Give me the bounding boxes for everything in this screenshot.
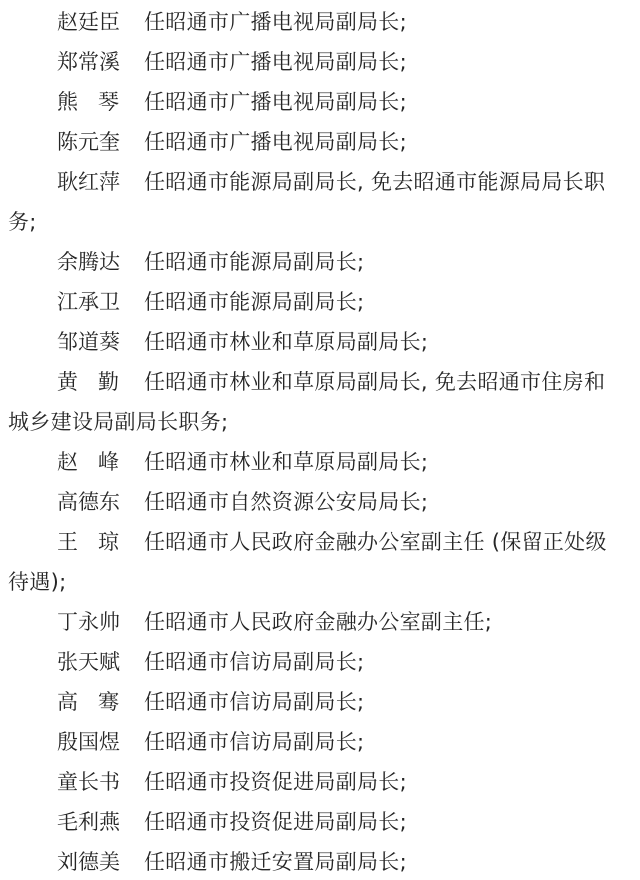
person-name: 郑常溪 (57, 42, 119, 82)
appointment-entry: 毛利燕任昭通市投资促进局副局长; (8, 802, 632, 842)
appointment-text: 任昭通市投资促进局副局长; (144, 770, 407, 794)
appointment-text: 任昭通市广播电视局副局长; (144, 130, 407, 154)
appointment-text: 任昭通市林业和草原局副局长, 免去昭通市住房和 (144, 370, 605, 394)
appointment-text: 任昭通市能源局副局长; (144, 290, 364, 314)
appointment-line: 熊 琴任昭通市广播电视局副局长; (8, 82, 632, 122)
document-page: 赵廷臣任昭通市广播电视局副局长;郑常溪任昭通市广播电视局副局长;熊 琴任昭通市广… (0, 0, 640, 880)
appointment-entry: 高德东任昭通市自然资源公安局局长; (8, 482, 632, 522)
appointment-text: 任昭通市广播电视局副局长; (144, 90, 407, 114)
appointment-text: 任昭通市信访局副局长; (144, 730, 364, 754)
appointment-text: 任昭通市广播电视局副局长; (144, 10, 407, 34)
appointment-line: 殷国煜任昭通市信访局副局长; (8, 722, 632, 762)
appointment-entry: 邹道葵任昭通市林业和草原局副局长; (8, 322, 632, 362)
person-name: 江承卫 (57, 282, 119, 322)
appointment-line: 张天赋任昭通市信访局副局长; (8, 642, 632, 682)
person-name: 殷国煜 (57, 722, 119, 762)
appointment-text: 任昭通市信访局副局长; (144, 650, 364, 674)
appointment-text-continuation: 待遇); (8, 562, 632, 602)
person-name: 赵廷臣 (57, 2, 119, 42)
person-name: 陈元奎 (57, 122, 119, 162)
person-name: 邹道葵 (57, 322, 119, 362)
person-name: 童长书 (57, 762, 119, 802)
appointment-text: 任昭通市广播电视局副局长; (144, 50, 407, 74)
appointment-text: 任昭通市林业和草原局副局长; (144, 330, 428, 354)
appointment-line: 赵 峰任昭通市林业和草原局副局长; (8, 442, 632, 482)
appointment-line: 童长书任昭通市投资促进局副局长; (8, 762, 632, 802)
appointment-line: 王 琼任昭通市人民政府金融办公室副主任 (保留正处级 (8, 522, 632, 562)
person-name: 毛利燕 (57, 802, 119, 842)
appointment-entry: 陈元奎任昭通市广播电视局副局长; (8, 122, 632, 162)
appointment-line: 江承卫任昭通市能源局副局长; (8, 282, 632, 322)
person-name: 耿红萍 (57, 162, 119, 202)
appointment-text: 任昭通市搬迁安置局副局长; (144, 850, 407, 874)
appointment-line: 郑常溪任昭通市广播电视局副局长; (8, 42, 632, 82)
appointment-entry: 熊 琴任昭通市广播电视局副局长; (8, 82, 632, 122)
person-name: 熊 琴 (57, 82, 119, 122)
appointment-entry: 高 骞任昭通市信访局副局长; (8, 682, 632, 722)
appointment-entry: 刘德美任昭通市搬迁安置局副局长; (8, 842, 632, 880)
appointment-line: 毛利燕任昭通市投资促进局副局长; (8, 802, 632, 842)
appointment-entry: 赵廷臣任昭通市广播电视局副局长; (8, 2, 632, 42)
appointment-entry: 童长书任昭通市投资促进局副局长; (8, 762, 632, 802)
appointment-text-continuation: 务; (8, 202, 632, 242)
appointment-line: 赵廷臣任昭通市广播电视局副局长; (8, 2, 632, 42)
appointment-entry: 黄 勤任昭通市林业和草原局副局长, 免去昭通市住房和城乡建设局副局长职务; (8, 362, 632, 442)
appointment-entry: 丁永帅任昭通市人民政府金融办公室副主任; (8, 602, 632, 642)
appointment-entry: 江承卫任昭通市能源局副局长; (8, 282, 632, 322)
appointment-text: 任昭通市自然资源公安局局长; (144, 490, 428, 514)
appointment-text: 任昭通市人民政府金融办公室副主任 (保留正处级 (144, 530, 607, 554)
person-name: 王 琼 (57, 522, 119, 562)
appointment-line: 刘德美任昭通市搬迁安置局副局长; (8, 842, 632, 880)
person-name: 刘德美 (57, 842, 119, 880)
appointment-line: 黄 勤任昭通市林业和草原局副局长, 免去昭通市住房和 (8, 362, 632, 402)
appointment-text: 任昭通市能源局副局长; (144, 250, 364, 274)
appointment-entry: 耿红萍任昭通市能源局副局长, 免去昭通市能源局局长职务; (8, 162, 632, 242)
appointment-line: 陈元奎任昭通市广播电视局副局长; (8, 122, 632, 162)
appointment-entry: 余腾达任昭通市能源局副局长; (8, 242, 632, 282)
appointment-line: 高德东任昭通市自然资源公安局局长; (8, 482, 632, 522)
person-name: 赵 峰 (57, 442, 119, 482)
appointment-text: 任昭通市能源局副局长, 免去昭通市能源局局长职 (144, 170, 605, 194)
appointment-entry: 郑常溪任昭通市广播电视局副局长; (8, 42, 632, 82)
appointment-entry: 赵 峰任昭通市林业和草原局副局长; (8, 442, 632, 482)
appointment-text: 任昭通市投资促进局副局长; (144, 810, 407, 834)
appointment-line: 丁永帅任昭通市人民政府金融办公室副主任; (8, 602, 632, 642)
person-name: 黄 勤 (57, 362, 119, 402)
appointment-text: 任昭通市林业和草原局副局长; (144, 450, 428, 474)
appointment-entry: 王 琼任昭通市人民政府金融办公室副主任 (保留正处级待遇); (8, 522, 632, 602)
appointment-text: 任昭通市信访局副局长; (144, 690, 364, 714)
person-name: 高 骞 (57, 682, 119, 722)
person-name: 张天赋 (57, 642, 119, 682)
person-name: 余腾达 (57, 242, 119, 282)
appointment-line: 耿红萍任昭通市能源局副局长, 免去昭通市能源局局长职 (8, 162, 632, 202)
appointment-entry: 殷国煜任昭通市信访局副局长; (8, 722, 632, 762)
appointment-text-continuation: 城乡建设局副局长职务; (8, 402, 632, 442)
appointment-entry: 张天赋任昭通市信访局副局长; (8, 642, 632, 682)
appointment-line: 余腾达任昭通市能源局副局长; (8, 242, 632, 282)
person-name: 丁永帅 (57, 602, 119, 642)
appointment-line: 邹道葵任昭通市林业和草原局副局长; (8, 322, 632, 362)
person-name: 高德东 (57, 482, 119, 522)
appointment-line: 高 骞任昭通市信访局副局长; (8, 682, 632, 722)
appointment-text: 任昭通市人民政府金融办公室副主任; (144, 610, 492, 634)
